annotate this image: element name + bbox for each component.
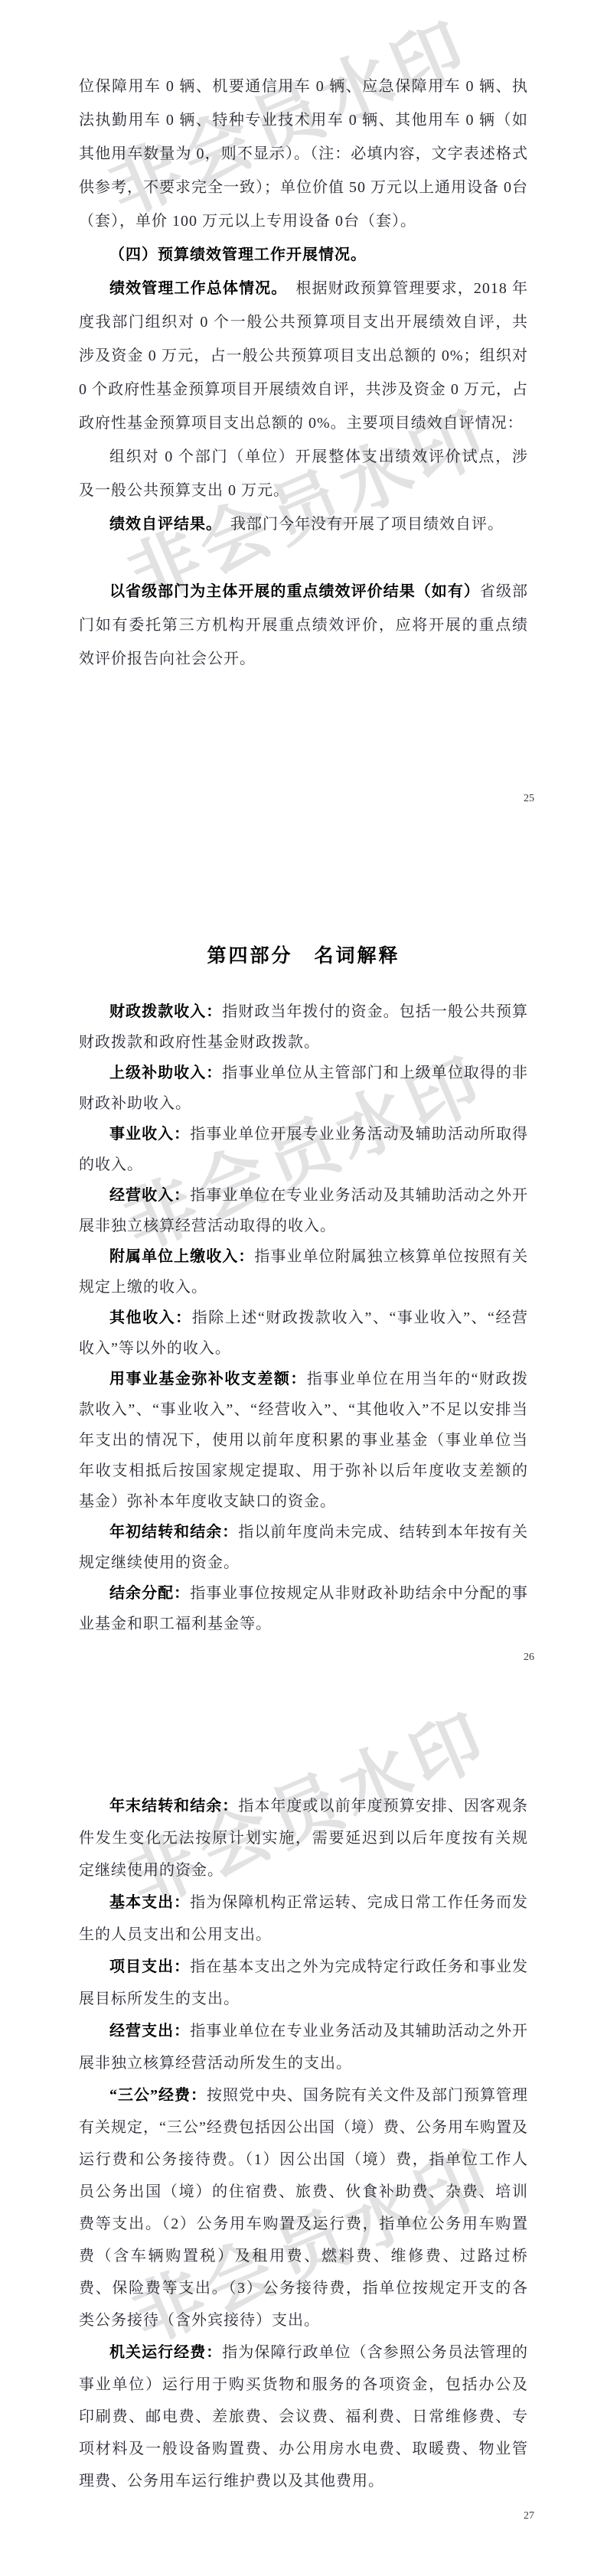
term-label: 事业收入：	[109, 1126, 190, 1143]
paragraph: 以省级部门为主体开展的重点绩效评价结果（如有）省级部门如有委托第三方机构开展重点…	[79, 575, 528, 676]
term-label: 经营支出：	[109, 2023, 190, 2040]
term-label: 财政拨款收入：	[109, 1003, 222, 1020]
paragraph: 年初结转和结余：指以前年度尚未完成、结转到本年按有关规定继续使用的资金。	[79, 1517, 528, 1578]
paragraph: “三公”经费：按照党中央、国务院有关文件及部门预算管理有关规定，“三公”经费包括…	[79, 2079, 528, 2336]
page-body: 年末结转和结余：指本年度或以前年度预算安排、因客观条件发生变化无法按原计划实施，…	[79, 1790, 528, 2497]
term-label: 项目支出：	[109, 1958, 190, 1975]
term-label: 用事业基金弥补收支差额：	[109, 1371, 307, 1387]
page-26: 第四部分 名词解释 财政拨款收入：指财政当年拨付的资金。包括一般公共预算财政拨款…	[0, 859, 607, 1717]
page-number: 25	[524, 793, 534, 805]
paragraph: 结余分配：指事业事位按规定从非财政补助结余中分配的事业基金和职工福利基金等。	[79, 1578, 528, 1639]
paragraph: 财政拨款收入：指财政当年拨付的资金。包括一般公共预算财政拨款和政府性基金财政拨款…	[79, 996, 528, 1058]
page-number: 26	[524, 1652, 534, 1664]
page-25: 位保障用车 0 辆、机要通信用车 0 辆、应急保障用车 0 辆、执法执勤用车 0…	[0, 0, 607, 859]
paragraph: 项目支出：指在基本支出之外为完成特定行政任务和事业发展目标所发生的支出。	[79, 1951, 528, 2015]
term-label: （四）预算绩效管理工作开展情况。	[109, 246, 367, 263]
page-body: 位保障用车 0 辆、机要通信用车 0 辆、应急保障用车 0 辆、执法执勤用车 0…	[79, 70, 528, 676]
paragraph: 其他收入：指除上述“财政拨款收入”、“事业收入”、“经营收入”等以外的收入。	[79, 1303, 528, 1364]
paragraph: （四）预算绩效管理工作开展情况。	[79, 238, 528, 272]
term-label: 上级补助收入：	[109, 1065, 222, 1081]
term-label: 基本支出：	[109, 1894, 190, 1911]
paragraph: 经营收入：指事业单位在专业业务活动及其辅助活动之外开展非独立核算经营活动取得的收…	[79, 1180, 528, 1241]
term-label: 其他收入：	[109, 1309, 192, 1326]
term-label: 年初结转和结余：	[109, 1524, 238, 1541]
paragraph: 年末结转和结余：指本年度或以前年度预算安排、因客观条件发生变化无法按原计划实施，…	[79, 1790, 528, 1886]
page-body: 第四部分 名词解释 财政拨款收入：指财政当年拨付的资金。包括一般公共预算财政拨款…	[79, 932, 528, 1639]
page-27: 年末结转和结余：指本年度或以前年度预算安排、因客观条件发生变化无法按原计划实施，…	[0, 1717, 607, 2576]
term-label: 经营收入：	[109, 1187, 190, 1204]
term-label: 绩效管理工作总体情况。	[109, 280, 279, 297]
paragraph: 附属单位上缴收入：指事业单位附属独立核算单位按照有关规定上缴的收入。	[79, 1241, 528, 1303]
paragraph: 位保障用车 0 辆、机要通信用车 0 辆、应急保障用车 0 辆、执法执勤用车 0…	[79, 70, 528, 238]
term-label: “三公”经费：	[109, 2087, 207, 2104]
paragraph: 基本支出：指为保障机构正常运转、完成日常工作任务而发生的人员支出和公用支出。	[79, 1886, 528, 1951]
term-label: 绩效自评结果。	[109, 516, 214, 533]
term-label: 年末结转和结余：	[109, 1798, 238, 1815]
paragraph: 组织对 0 个部门（单位）开展整体支出绩效评价试点，涉及一般公共预算支出 0 万…	[79, 440, 528, 507]
paragraph: 机关运行经费：指为保障行政单位（含参照公务员法管理的事业单位）运行用于购买货物和…	[79, 2336, 528, 2497]
paragraph: 经营支出：指事业单位在专业业务活动及其辅助活动之外开展非独立核算经营活动所发生的…	[79, 2015, 528, 2079]
paragraph: 绩效管理工作总体情况。 根据财政预算管理要求，2018 年度我部门组织对 0 个…	[79, 272, 528, 440]
paragraph: 绩效自评结果。 我部门今年没有开展了项目绩效自评。	[79, 507, 528, 541]
paragraph: 用事业基金弥补收支差额：指事业单位在用当年的“财政拨款收入”、“事业收入”、“经…	[79, 1364, 528, 1517]
paragraph: 上级补助收入：指事业单位从主管部门和上级单位取得的非财政补助收入。	[79, 1058, 528, 1119]
document-canvas: 非会员水印 非会员水印 非会员水印 非会员水印 非会员水印 位保障用车 0 辆、…	[0, 0, 607, 2576]
term-label: 以省级部门为主体开展的重点绩效评价结果（如有）	[109, 583, 480, 600]
paragraph: 事业收入：指事业单位开展专业业务活动及辅助活动所取得的收入。	[79, 1119, 528, 1180]
term-label: 机关运行经费：	[109, 2344, 222, 2361]
term-label: 附属单位上缴收入：	[109, 1248, 254, 1265]
section-title: 第四部分 名词解释	[79, 932, 528, 981]
term-label: 结余分配：	[109, 1585, 190, 1602]
page-number: 27	[524, 2510, 534, 2522]
